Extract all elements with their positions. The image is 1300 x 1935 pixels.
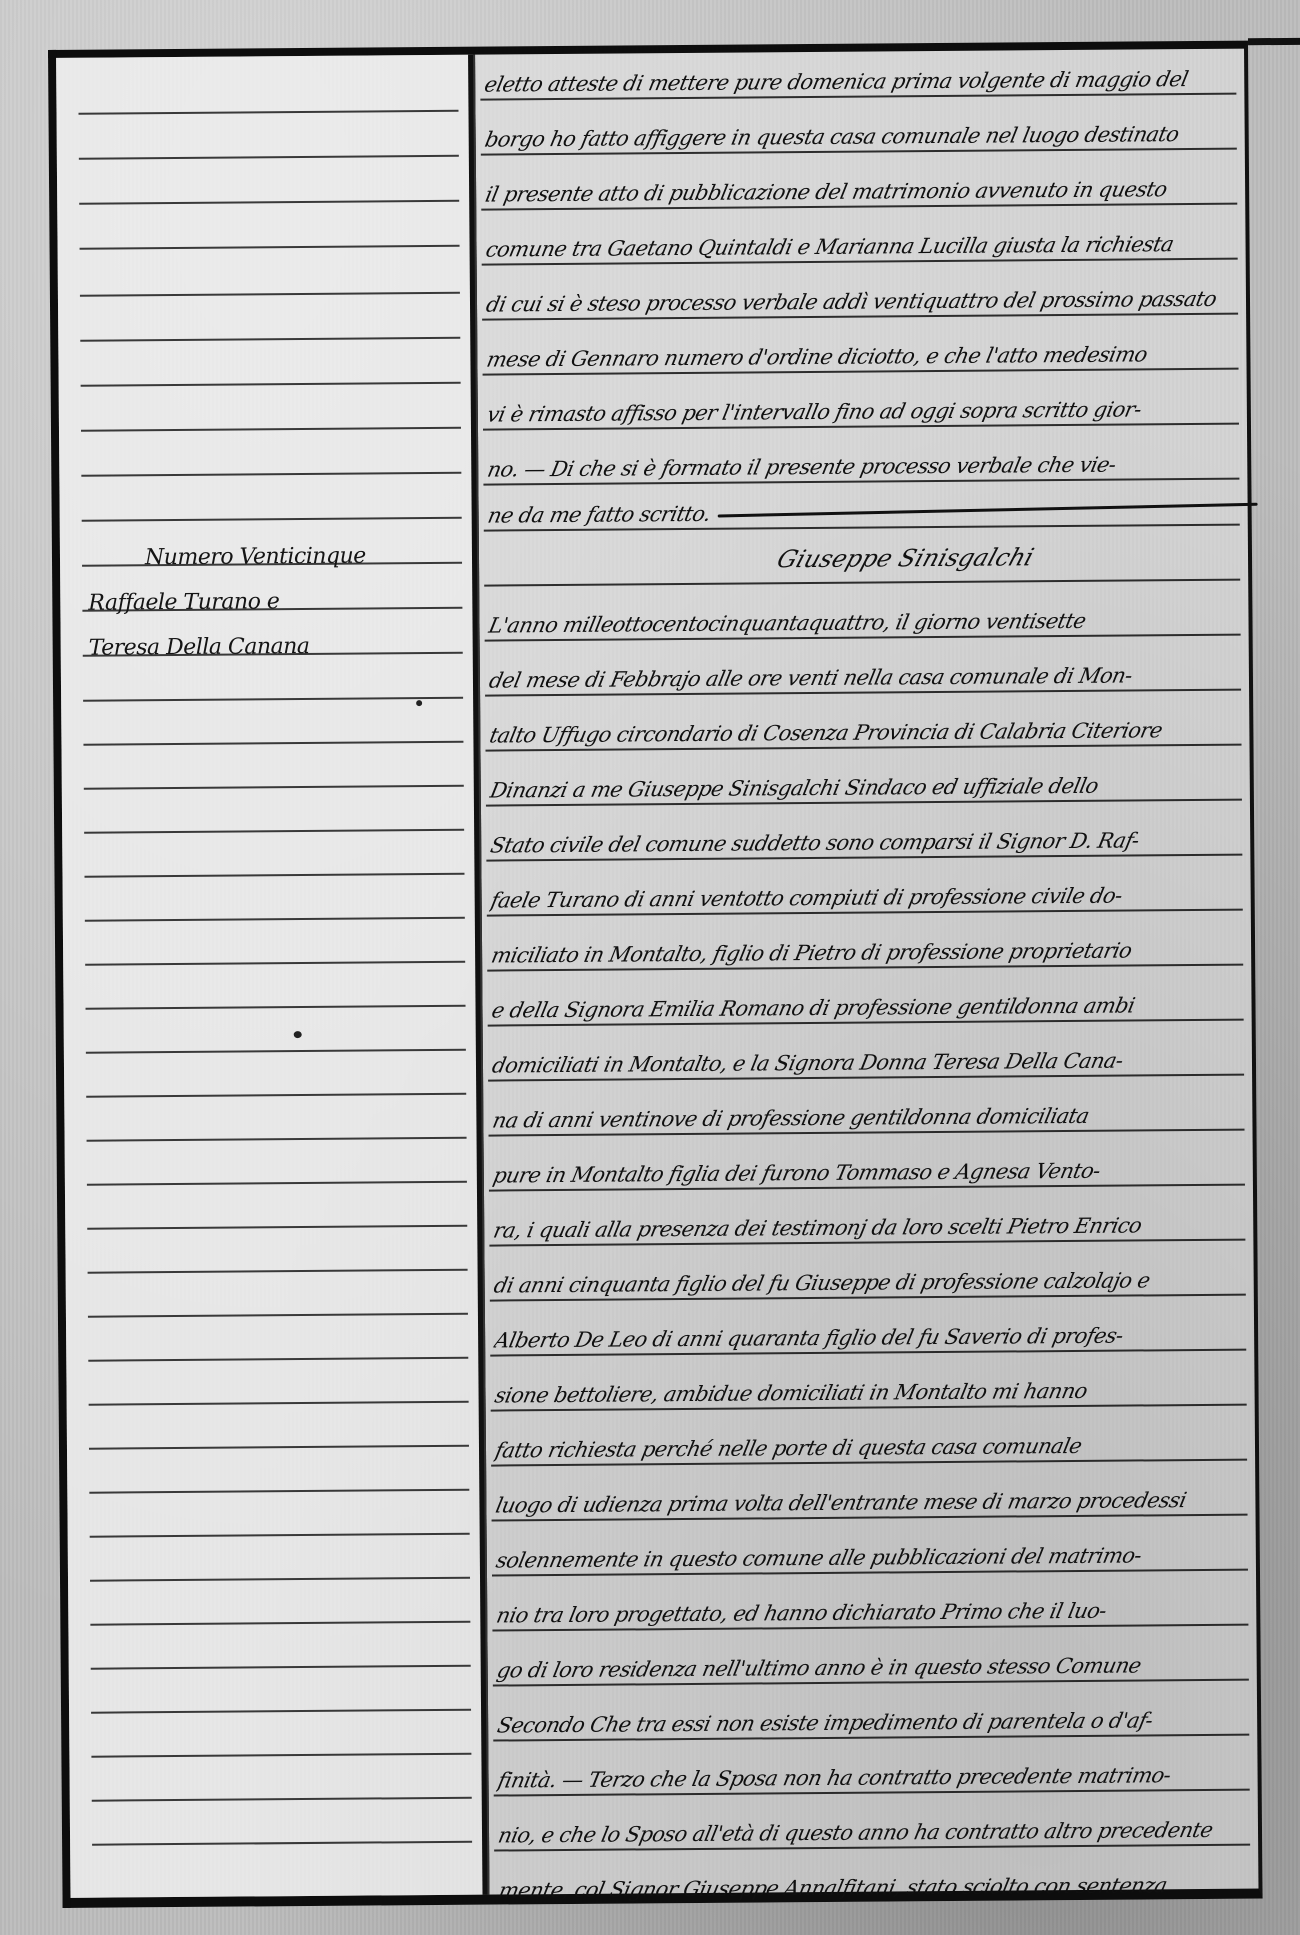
margin-rule [92, 1797, 472, 1802]
margin-rule [89, 1489, 469, 1494]
margin-rule [85, 917, 465, 922]
ink-speck [416, 700, 422, 706]
margin-rule [88, 1269, 468, 1274]
text-line: mese di Gennaro numero d'ordine diciotto… [485, 342, 1242, 372]
margin-rule [87, 1225, 467, 1230]
ink-speck [294, 1031, 302, 1038]
text-line: vi è rimasto affisso per l'intervallo fi… [485, 397, 1242, 427]
margin-rule [86, 1049, 466, 1054]
margin-rule [90, 1577, 470, 1582]
margin-rule [80, 292, 460, 297]
margin-rule [91, 1665, 471, 1670]
text-line: pure in Montalto figlia dei furono Tomma… [491, 1158, 1248, 1188]
record-body: eletto atteste di mettere pure domenica … [474, 49, 1258, 1895]
margin-groom-name: Raffaele Turano e [88, 589, 279, 615]
margin-rule [84, 785, 464, 790]
text-line: miciliato in Montalto, figlio di Pietro … [489, 938, 1246, 968]
margin-rule [91, 1753, 471, 1758]
text-line: e della Signora Emilia Romano di profess… [490, 993, 1247, 1023]
margin-rule [88, 1313, 468, 1318]
text-line: luogo di udienza prima volta dell'entran… [494, 1488, 1251, 1518]
top-rule-extension [1248, 38, 1300, 45]
text-line: faele Turano di anni ventotto compiuti d… [489, 883, 1246, 913]
margin-rule [89, 1401, 469, 1406]
text-line: di anni cinquanta figlio del fu Giuseppe… [492, 1268, 1249, 1298]
margin-rule [79, 155, 459, 160]
margin-rule [79, 200, 459, 205]
margin-rule [92, 1841, 472, 1846]
margin-rule [78, 110, 458, 115]
text-line: domiciliati in Montalto, e la Signora Do… [490, 1048, 1247, 1078]
margin-rule [90, 1621, 470, 1626]
margin-entry-number: Numero Venticinque [145, 544, 366, 571]
register-frame: Numero Venticinque Raffaele Turano e Ter… [48, 41, 1263, 1908]
margin-rule [84, 873, 464, 878]
text-line: eletto atteste di mettere pure domenica … [482, 67, 1239, 97]
margin-rule [90, 1533, 470, 1538]
text-line: finità. — Terzo che la Sposa non ha cont… [496, 1763, 1253, 1793]
margin-rule [87, 1181, 467, 1186]
text-line: il presente atto di pubblicazione del ma… [483, 177, 1240, 207]
margin-rule [83, 697, 463, 702]
margin-rule [80, 337, 460, 342]
official-signature: Giuseppe Sinisgalchi [774, 543, 1038, 573]
document-page: Numero Venticinque Raffaele Turano e Ter… [0, 0, 1300, 1935]
margin-rule [91, 1709, 471, 1714]
text-line: talto Uffugo circondario di Cosenza Prov… [487, 718, 1244, 748]
margin-rule [81, 472, 461, 477]
text-line: nio tra loro progettato, ed hanno dichia… [494, 1598, 1251, 1628]
margin-rule [86, 1093, 466, 1098]
margin-rule [89, 1445, 469, 1450]
text-line: ra, i quali alla presenza dei testimonj … [491, 1213, 1248, 1243]
margin-rule [81, 427, 461, 432]
text-line: solennemente in questo comune alle pubbl… [494, 1543, 1251, 1573]
margin-rule [88, 1357, 468, 1362]
margin-rule [80, 245, 460, 250]
text-line: mente, col Signor Giuseppe Annalfitani, … [497, 1873, 1254, 1903]
text-line: no. — Di che si è formato il presente pr… [485, 452, 1242, 482]
text-line: go di loro residenza nell'ultimo anno è … [495, 1653, 1252, 1683]
margin-rule [85, 961, 465, 966]
margin-rule [87, 1137, 467, 1142]
margin-column: Numero Venticinque Raffaele Turano e Ter… [56, 55, 482, 1898]
text-line: del mese di Febbrajo alle ore venti nell… [487, 663, 1244, 693]
text-line: Secondo Che tra essi non esiste impedime… [495, 1708, 1252, 1738]
text-line: L'anno milleottocentocinquantaquattro, i… [487, 608, 1244, 638]
margin-bride-name: Teresa Della Canana [89, 634, 310, 661]
text-line: comune tra Gaetano Quintaldi e Marianna … [484, 232, 1241, 262]
margin-rule [83, 741, 463, 746]
text-line: borgo ho fatto affiggere in questa casa … [483, 122, 1240, 152]
margin-rule [84, 829, 464, 834]
margin-rule [86, 1005, 466, 1010]
text-line: ne da me fatto scritto. [486, 502, 713, 528]
text-line: sione bettoliere, ambidue domiciliati in… [493, 1378, 1250, 1408]
text-line: nio, e che lo Sposo all'età di questo an… [496, 1818, 1253, 1848]
margin-rule [82, 517, 462, 522]
text-line: di cui si è steso processo verbale addì … [484, 287, 1241, 317]
body-rule [484, 579, 1240, 587]
text-line: Dinanzi a me Giuseppe Sinisgalchi Sindac… [488, 773, 1245, 803]
text-line: Alberto De Leo di anni quaranta figlio d… [492, 1323, 1249, 1353]
closing-flourish [718, 503, 1258, 518]
text-line: fatto richiesta perché nelle porte di qu… [493, 1433, 1250, 1463]
text-line: na di anni ventinove di professione gent… [491, 1103, 1248, 1133]
margin-rule [81, 382, 461, 387]
text-line: Stato civile del comune suddetto sono co… [488, 828, 1245, 858]
